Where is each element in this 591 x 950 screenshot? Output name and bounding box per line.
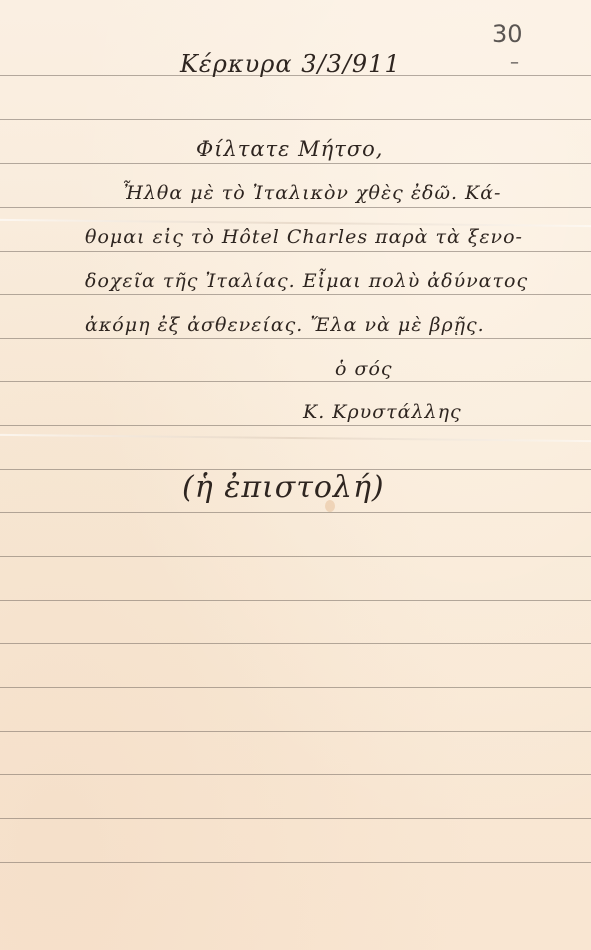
body-line-4: ἀκόμη ἐξ ἀσθενείας. Ἔλα νὰ μὲ βρῇς.: [85, 314, 485, 336]
note: (ἡ ἐπιστολή): [182, 470, 385, 505]
body-line-2: θομαι εἰς τὸ Hôtel Charles παρὰ τὰ ξενο-: [85, 226, 523, 248]
page-mark: –: [510, 52, 519, 73]
signature: Κ. Κρυστάλλης: [303, 401, 462, 423]
salutation: Φίλτατε Μήτσο,: [196, 137, 383, 161]
page-number: 30: [492, 20, 523, 48]
body-line-3: δοχεῖα τῆς Ἰταλίας. Εἶμαι πολὺ ἀδύνατος: [85, 270, 528, 292]
body-line-1: Ἦλθα μὲ τὸ Ἰταλικὸν χθὲς ἐδῶ. Κά-: [122, 182, 501, 204]
closing: ὁ σός: [335, 358, 393, 380]
place-date: Κέρκυρα 3/3/911: [180, 50, 401, 78]
